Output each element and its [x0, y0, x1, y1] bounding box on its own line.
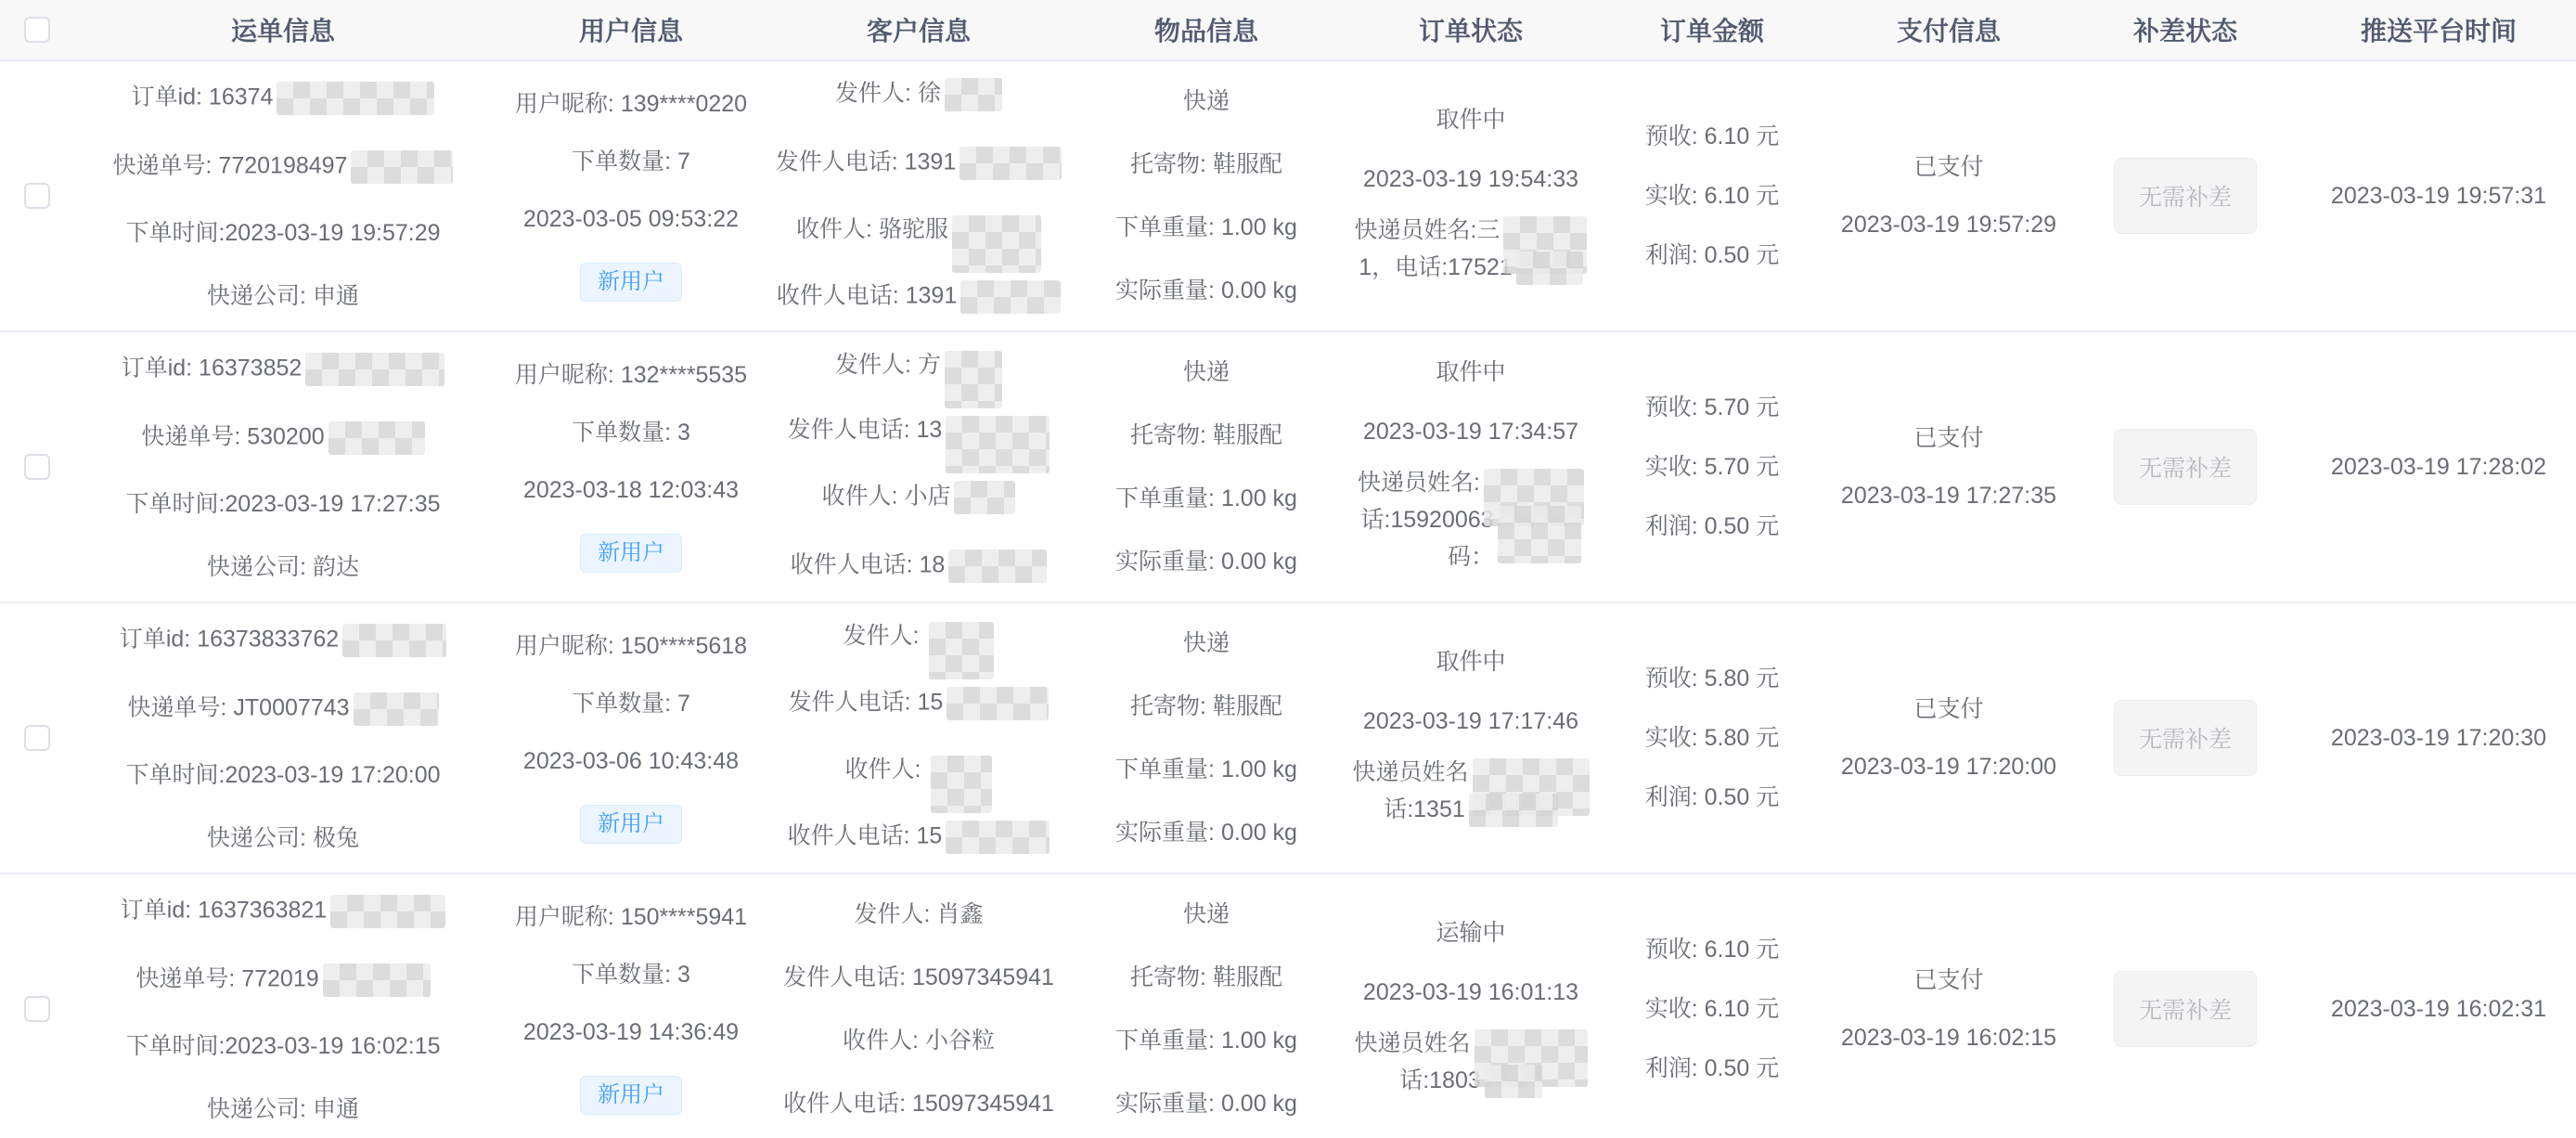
- order-time: 下单时间:2023-03-19 19:57:29: [125, 219, 440, 247]
- column-header-user-info: 用户信息: [492, 11, 770, 48]
- cell-push-time: 2023-03-19 19:57:31: [2301, 61, 2576, 330]
- amount-actual: 实收: 6.10 元: [1645, 995, 1780, 1023]
- order-time: 下单时间:2023-03-19 17:20:00: [125, 761, 440, 789]
- courier-phone: 话:15920063: [1358, 501, 1584, 538]
- cell-waybill-info: 订单id: 16374 快递单号: 7720198497 下单时间:2023-0…: [74, 61, 492, 330]
- cell-customer-info: 发件人: 徐 发件人电话: 1391 收件人: 骆驼服 收件人电话: 1391: [770, 61, 1067, 330]
- cell-diff-status: 无需补差: [2069, 874, 2301, 1138]
- row-select-cell: [0, 61, 74, 330]
- cell-user-info: 用户昵称: 150****5941 下单数量: 3 2023-03-19 14:…: [492, 874, 770, 1138]
- payment-time: 2023-03-19 17:27:35: [1841, 482, 2056, 510]
- column-header-order-amount: 订单金额: [1596, 11, 1828, 48]
- row-select-cell: [0, 332, 74, 601]
- table-row: 订单id: 16373833762 快递单号: JT0007743 下单时间:2…: [0, 603, 2576, 874]
- cell-customer-info: 发件人: 方 发件人电话: 13 收件人: 小店 收件人电话: 18: [770, 332, 1067, 601]
- courier-name: 快递员姓名: [1352, 754, 1589, 791]
- cell-user-info: 用户昵称: 132****5535 下单数量: 3 2023-03-18 12:…: [492, 332, 770, 601]
- courier-phone: 1，电话:17521: [1355, 249, 1588, 286]
- cell-order-status: 取件中 2023-03-19 17:17:46 快递员姓名 话:1351: [1346, 603, 1596, 873]
- user-nickname: 用户昵称: 132****5535: [515, 361, 747, 389]
- payment-state: 已支付: [1913, 695, 1983, 723]
- amount-profit: 利润: 0.50 元: [1645, 241, 1780, 269]
- cell-push-time: 2023-03-19 16:02:31: [2301, 874, 2576, 1138]
- redacted-pixelation: [945, 78, 1002, 111]
- actual-weight: 实际重量: 0.00 kg: [1115, 277, 1297, 304]
- courier-info: 快递员姓名 话:1803: [1354, 1025, 1587, 1099]
- courier-info: 快递员姓名: 话:15920063 码：: [1358, 464, 1584, 575]
- status-state: 运输中: [1436, 919, 1505, 947]
- tracking-number: 快递单号: 530200: [141, 421, 424, 455]
- new-user-tag: 新用户: [580, 1076, 682, 1115]
- cell-payment-info: 已支付 2023-03-19 16:02:15: [1828, 874, 2069, 1138]
- payment-state: 已支付: [1913, 966, 1983, 994]
- cell-customer-info: 发件人: 肖鑫 发件人电话: 15097345941 收件人: 小谷粒 收件人电…: [770, 874, 1067, 1138]
- sender-name: 发件人: 徐: [835, 78, 1002, 111]
- sender-phone: 发件人电话: 15: [789, 687, 1050, 720]
- no-compensation-button[interactable]: 无需补差: [2114, 429, 2257, 505]
- redacted-pixelation: [328, 421, 425, 455]
- cell-order-status: 取件中 2023-03-19 19:54:33 快递员姓名:三 1，电话:175…: [1346, 61, 1596, 330]
- tracking-number: 快递单号: 7720198497: [113, 150, 454, 184]
- sender-phone: 发件人电话: 13: [788, 416, 1050, 446]
- redacted-pixelation: [351, 150, 453, 184]
- payment-time: 2023-03-19 16:02:15: [1841, 1024, 2056, 1052]
- register-time: 2023-03-05 09:53:22: [523, 205, 739, 233]
- cell-item-info: 快递 托寄物: 鞋服配 下单重量: 1.00 kg 实际重量: 0.00 kg: [1067, 61, 1346, 330]
- order-weight: 下单重量: 1.00 kg: [1115, 756, 1297, 783]
- order-weight: 下单重量: 1.00 kg: [1115, 485, 1297, 512]
- cell-order-amount: 预收: 5.70 元 实收: 5.70 元 利润: 0.50 元: [1596, 332, 1828, 601]
- row-select-cell: [0, 874, 74, 1138]
- payment-time: 2023-03-19 17:20:00: [1841, 753, 2056, 781]
- sender-name: 发件人: 方: [835, 351, 1002, 381]
- select-all-checkbox[interactable]: [24, 17, 50, 43]
- courier-name: 快递员姓名:三: [1355, 212, 1588, 249]
- courier-info: 快递员姓名:三 1，电话:17521: [1355, 212, 1588, 286]
- redacted-pixelation: [342, 624, 446, 657]
- cell-order-amount: 预收: 5.80 元 实收: 5.80 元 利润: 0.50 元: [1596, 603, 1828, 873]
- order-id: 订单id: 16373852: [122, 353, 445, 386]
- cell-diff-status: 无需补差: [2069, 332, 2301, 601]
- order-count: 下单数量: 7: [572, 690, 690, 718]
- courier-phone: 话:1351: [1352, 791, 1589, 828]
- row-checkbox[interactable]: [24, 183, 50, 209]
- receiver-name: 收件人:: [845, 756, 993, 785]
- delivery-type: 快递: [1183, 900, 1230, 928]
- user-nickname: 用户昵称: 150****5618: [515, 632, 747, 660]
- cell-user-info: 用户昵称: 150****5618 下单数量: 7 2023-03-06 10:…: [492, 603, 770, 873]
- amount-actual: 实收: 5.80 元: [1645, 724, 1780, 752]
- redacted-pixelation: [1498, 506, 1581, 563]
- status-state: 取件中: [1436, 648, 1505, 676]
- payment-state: 已支付: [1913, 153, 1983, 181]
- cell-payment-info: 已支付 2023-03-19 17:27:35: [1828, 332, 2069, 601]
- cell-user-info: 用户昵称: 139****0220 下单数量: 7 2023-03-05 09:…: [492, 61, 770, 330]
- register-time: 2023-03-19 14:36:49: [523, 1018, 739, 1046]
- table-header-row: 运单信息 用户信息 客户信息 物品信息 订单状态 订单金额 支付信息 补差状态 …: [0, 0, 2576, 61]
- actual-weight: 实际重量: 0.00 kg: [1115, 1090, 1297, 1118]
- status-time: 2023-03-19 16:01:13: [1363, 978, 1578, 1006]
- table-row: 订单id: 1637363821 快递单号: 772019 下单时间:2023-…: [0, 874, 2576, 1138]
- goods: 托寄物: 鞋服配: [1130, 692, 1282, 720]
- redacted-pixelation: [948, 550, 1047, 583]
- column-header-waybill-info: 运单信息: [74, 11, 492, 48]
- order-id: 订单id: 1637363821: [121, 895, 445, 928]
- column-header-payment-info: 支付信息: [1828, 11, 2069, 48]
- cell-push-time: 2023-03-19 17:28:02: [2301, 332, 2576, 601]
- cell-payment-info: 已支付 2023-03-19 19:57:29: [1828, 61, 2069, 330]
- actual-weight: 实际重量: 0.00 kg: [1115, 819, 1297, 847]
- redacted-pixelation: [277, 82, 434, 115]
- express-company: 快递公司: 申通: [207, 282, 359, 310]
- redacted-pixelation: [929, 622, 994, 679]
- redacted-pixelation: [330, 895, 445, 928]
- cell-order-amount: 预收: 6.10 元 实收: 6.10 元 利润: 0.50 元: [1596, 61, 1828, 330]
- amount-profit: 利润: 0.50 元: [1645, 512, 1780, 540]
- delivery-type: 快递: [1183, 358, 1230, 386]
- column-header-item-info: 物品信息: [1067, 11, 1346, 48]
- cell-item-info: 快递 托寄物: 鞋服配 下单重量: 1.00 kg 实际重量: 0.00 kg: [1067, 874, 1346, 1138]
- user-nickname: 用户昵称: 150****5941: [515, 903, 747, 931]
- express-company: 快递公司: 极兔: [207, 824, 359, 852]
- amount-precharge: 预收: 6.10 元: [1645, 936, 1780, 963]
- cell-order-status: 运输中 2023-03-19 16:01:13 快递员姓名 话:1803: [1346, 874, 1596, 1138]
- sender-phone: 发件人电话: 15097345941: [783, 963, 1054, 991]
- order-count: 下单数量: 3: [572, 419, 690, 446]
- no-compensation-button[interactable]: 无需补差: [2114, 700, 2257, 776]
- order-time: 下单时间:2023-03-19 17:27:35: [125, 490, 440, 518]
- order-id: 订单id: 16374: [132, 82, 435, 115]
- status-state: 取件中: [1436, 358, 1505, 386]
- delivery-type: 快递: [1183, 87, 1230, 115]
- status-state: 取件中: [1436, 106, 1505, 134]
- status-time: 2023-03-19 19:54:33: [1363, 165, 1578, 193]
- no-compensation-button[interactable]: 无需补差: [2114, 971, 2257, 1047]
- redacted-pixelation: [1485, 1065, 1542, 1098]
- redacted-pixelation: [1516, 252, 1583, 285]
- cell-item-info: 快递 托寄物: 鞋服配 下单重量: 1.00 kg 实际重量: 0.00 kg: [1067, 603, 1346, 873]
- table-row: 订单id: 16373852 快递单号: 530200 下单时间:2023-03…: [0, 332, 2576, 603]
- redacted-pixelation: [354, 692, 439, 726]
- sender-name: 发件人: 肖鑫: [855, 900, 984, 928]
- goods: 托寄物: 鞋服配: [1130, 150, 1282, 178]
- row-checkbox[interactable]: [24, 996, 50, 1022]
- receiver-name: 收件人: 骆驼服: [796, 215, 1041, 245]
- cell-customer-info: 发件人: 发件人电话: 15 收件人: 收件人电话: 15: [770, 603, 1067, 873]
- redacted-pixelation: [946, 821, 1050, 854]
- table-row: 订单id: 16374 快递单号: 7720198497 下单时间:2023-0…: [0, 61, 2576, 332]
- register-time: 2023-03-18 12:03:43: [523, 476, 739, 504]
- goods: 托寄物: 鞋服配: [1130, 421, 1282, 449]
- status-time: 2023-03-19 17:34:57: [1363, 418, 1578, 446]
- redacted-pixelation: [954, 481, 1015, 514]
- cell-item-info: 快递 托寄物: 鞋服配 下单重量: 1.00 kg 实际重量: 0.00 kg: [1067, 332, 1346, 601]
- payment-time: 2023-03-19 19:57:29: [1841, 211, 2056, 239]
- redacted-pixelation: [305, 353, 444, 386]
- order-count: 下单数量: 7: [572, 148, 690, 175]
- goods: 托寄物: 鞋服配: [1130, 963, 1282, 991]
- tracking-number: 快递单号: JT0007743: [128, 692, 439, 726]
- order-weight: 下单重量: 1.00 kg: [1115, 1027, 1297, 1054]
- push-time: 2023-03-19 17:28:02: [2331, 453, 2546, 481]
- redacted-pixelation: [960, 147, 1062, 180]
- courier-name: 快递员姓名:: [1358, 464, 1584, 501]
- no-compensation-button[interactable]: 无需补差: [2114, 158, 2257, 234]
- row-select-cell: [0, 603, 74, 873]
- user-nickname: 用户昵称: 139****0220: [515, 90, 747, 118]
- receiver-phone: 收件人电话: 1391: [777, 280, 1062, 314]
- cell-waybill-info: 订单id: 16373852 快递单号: 530200 下单时间:2023-03…: [74, 332, 492, 601]
- tracking-number: 快递单号: 772019: [135, 963, 430, 997]
- order-count: 下单数量: 3: [572, 961, 690, 989]
- delivery-type: 快递: [1183, 629, 1230, 657]
- new-user-tag: 新用户: [580, 805, 682, 844]
- status-time: 2023-03-19 17:17:46: [1363, 707, 1578, 735]
- sender-name: 发件人:: [844, 622, 995, 652]
- cell-diff-status: 无需补差: [2069, 603, 2301, 873]
- receiver-phone: 收件人电话: 15: [788, 821, 1050, 854]
- row-checkbox[interactable]: [24, 725, 50, 751]
- push-time: 2023-03-19 19:57:31: [2331, 182, 2546, 210]
- receiver-phone: 收件人电话: 15097345941: [783, 1090, 1054, 1118]
- courier-info: 快递员姓名 话:1351: [1352, 754, 1589, 828]
- cell-order-status: 取件中 2023-03-19 17:34:57 快递员姓名: 话:1592006…: [1346, 332, 1596, 601]
- row-checkbox[interactable]: [24, 454, 50, 480]
- express-company: 快递公司: 韵达: [207, 553, 359, 581]
- amount-actual: 实收: 5.70 元: [1645, 453, 1780, 481]
- redacted-pixelation: [947, 687, 1049, 720]
- redacted-pixelation: [946, 416, 1050, 473]
- redacted-pixelation: [323, 963, 431, 997]
- amount-precharge: 预收: 5.70 元: [1645, 394, 1780, 421]
- column-header-diff-status: 补差状态: [2069, 11, 2301, 48]
- cell-waybill-info: 订单id: 16373833762 快递单号: JT0007743 下单时间:2…: [74, 603, 492, 873]
- cell-waybill-info: 订单id: 1637363821 快递单号: 772019 下单时间:2023-…: [74, 874, 492, 1138]
- amount-precharge: 预收: 6.10 元: [1645, 123, 1780, 150]
- redacted-pixelation: [960, 280, 1061, 314]
- express-company: 快递公司: 申通: [207, 1095, 359, 1123]
- redacted-pixelation: [952, 215, 1041, 273]
- actual-weight: 实际重量: 0.00 kg: [1115, 548, 1297, 575]
- order-time: 下单时间:2023-03-19 16:02:15: [125, 1032, 440, 1060]
- courier-name: 快递员姓名: [1354, 1025, 1587, 1062]
- column-header-customer-info: 客户信息: [770, 11, 1067, 48]
- amount-actual: 实收: 6.10 元: [1645, 182, 1780, 210]
- receiver-phone: 收件人电话: 18: [791, 550, 1048, 583]
- column-header-order-status: 订单状态: [1346, 11, 1596, 48]
- select-all-cell: [0, 17, 74, 43]
- redacted-pixelation: [931, 756, 992, 813]
- cell-diff-status: 无需补差: [2069, 61, 2301, 330]
- new-user-tag: 新用户: [580, 534, 682, 573]
- amount-profit: 利润: 0.50 元: [1645, 1054, 1780, 1082]
- cell-push-time: 2023-03-19 17:20:30: [2301, 603, 2576, 873]
- orders-table: 运单信息 用户信息 客户信息 物品信息 订单状态 订单金额 支付信息 补差状态 …: [0, 0, 2576, 1138]
- push-time: 2023-03-19 17:20:30: [2331, 724, 2546, 752]
- cell-payment-info: 已支付 2023-03-19 17:20:00: [1828, 603, 2069, 873]
- receiver-name: 收件人: 小谷粒: [843, 1027, 995, 1054]
- amount-profit: 利润: 0.50 元: [1645, 783, 1780, 811]
- payment-state: 已支付: [1913, 424, 1983, 452]
- register-time: 2023-03-06 10:43:48: [523, 747, 739, 775]
- new-user-tag: 新用户: [580, 263, 682, 302]
- order-id: 订单id: 16373833762: [120, 624, 446, 657]
- cell-order-amount: 预收: 6.10 元 实收: 6.10 元 利润: 0.50 元: [1596, 874, 1828, 1138]
- amount-precharge: 预收: 5.80 元: [1645, 665, 1780, 692]
- redacted-pixelation: [945, 351, 1002, 408]
- column-header-push-time: 推送平台时间: [2301, 11, 2576, 48]
- redacted-pixelation: [1469, 794, 1558, 827]
- order-weight: 下单重量: 1.00 kg: [1115, 213, 1297, 241]
- sender-phone: 发件人电话: 1391: [776, 147, 1063, 180]
- receiver-name: 收件人: 小店: [822, 481, 1016, 514]
- push-time: 2023-03-19 16:02:31: [2331, 995, 2546, 1023]
